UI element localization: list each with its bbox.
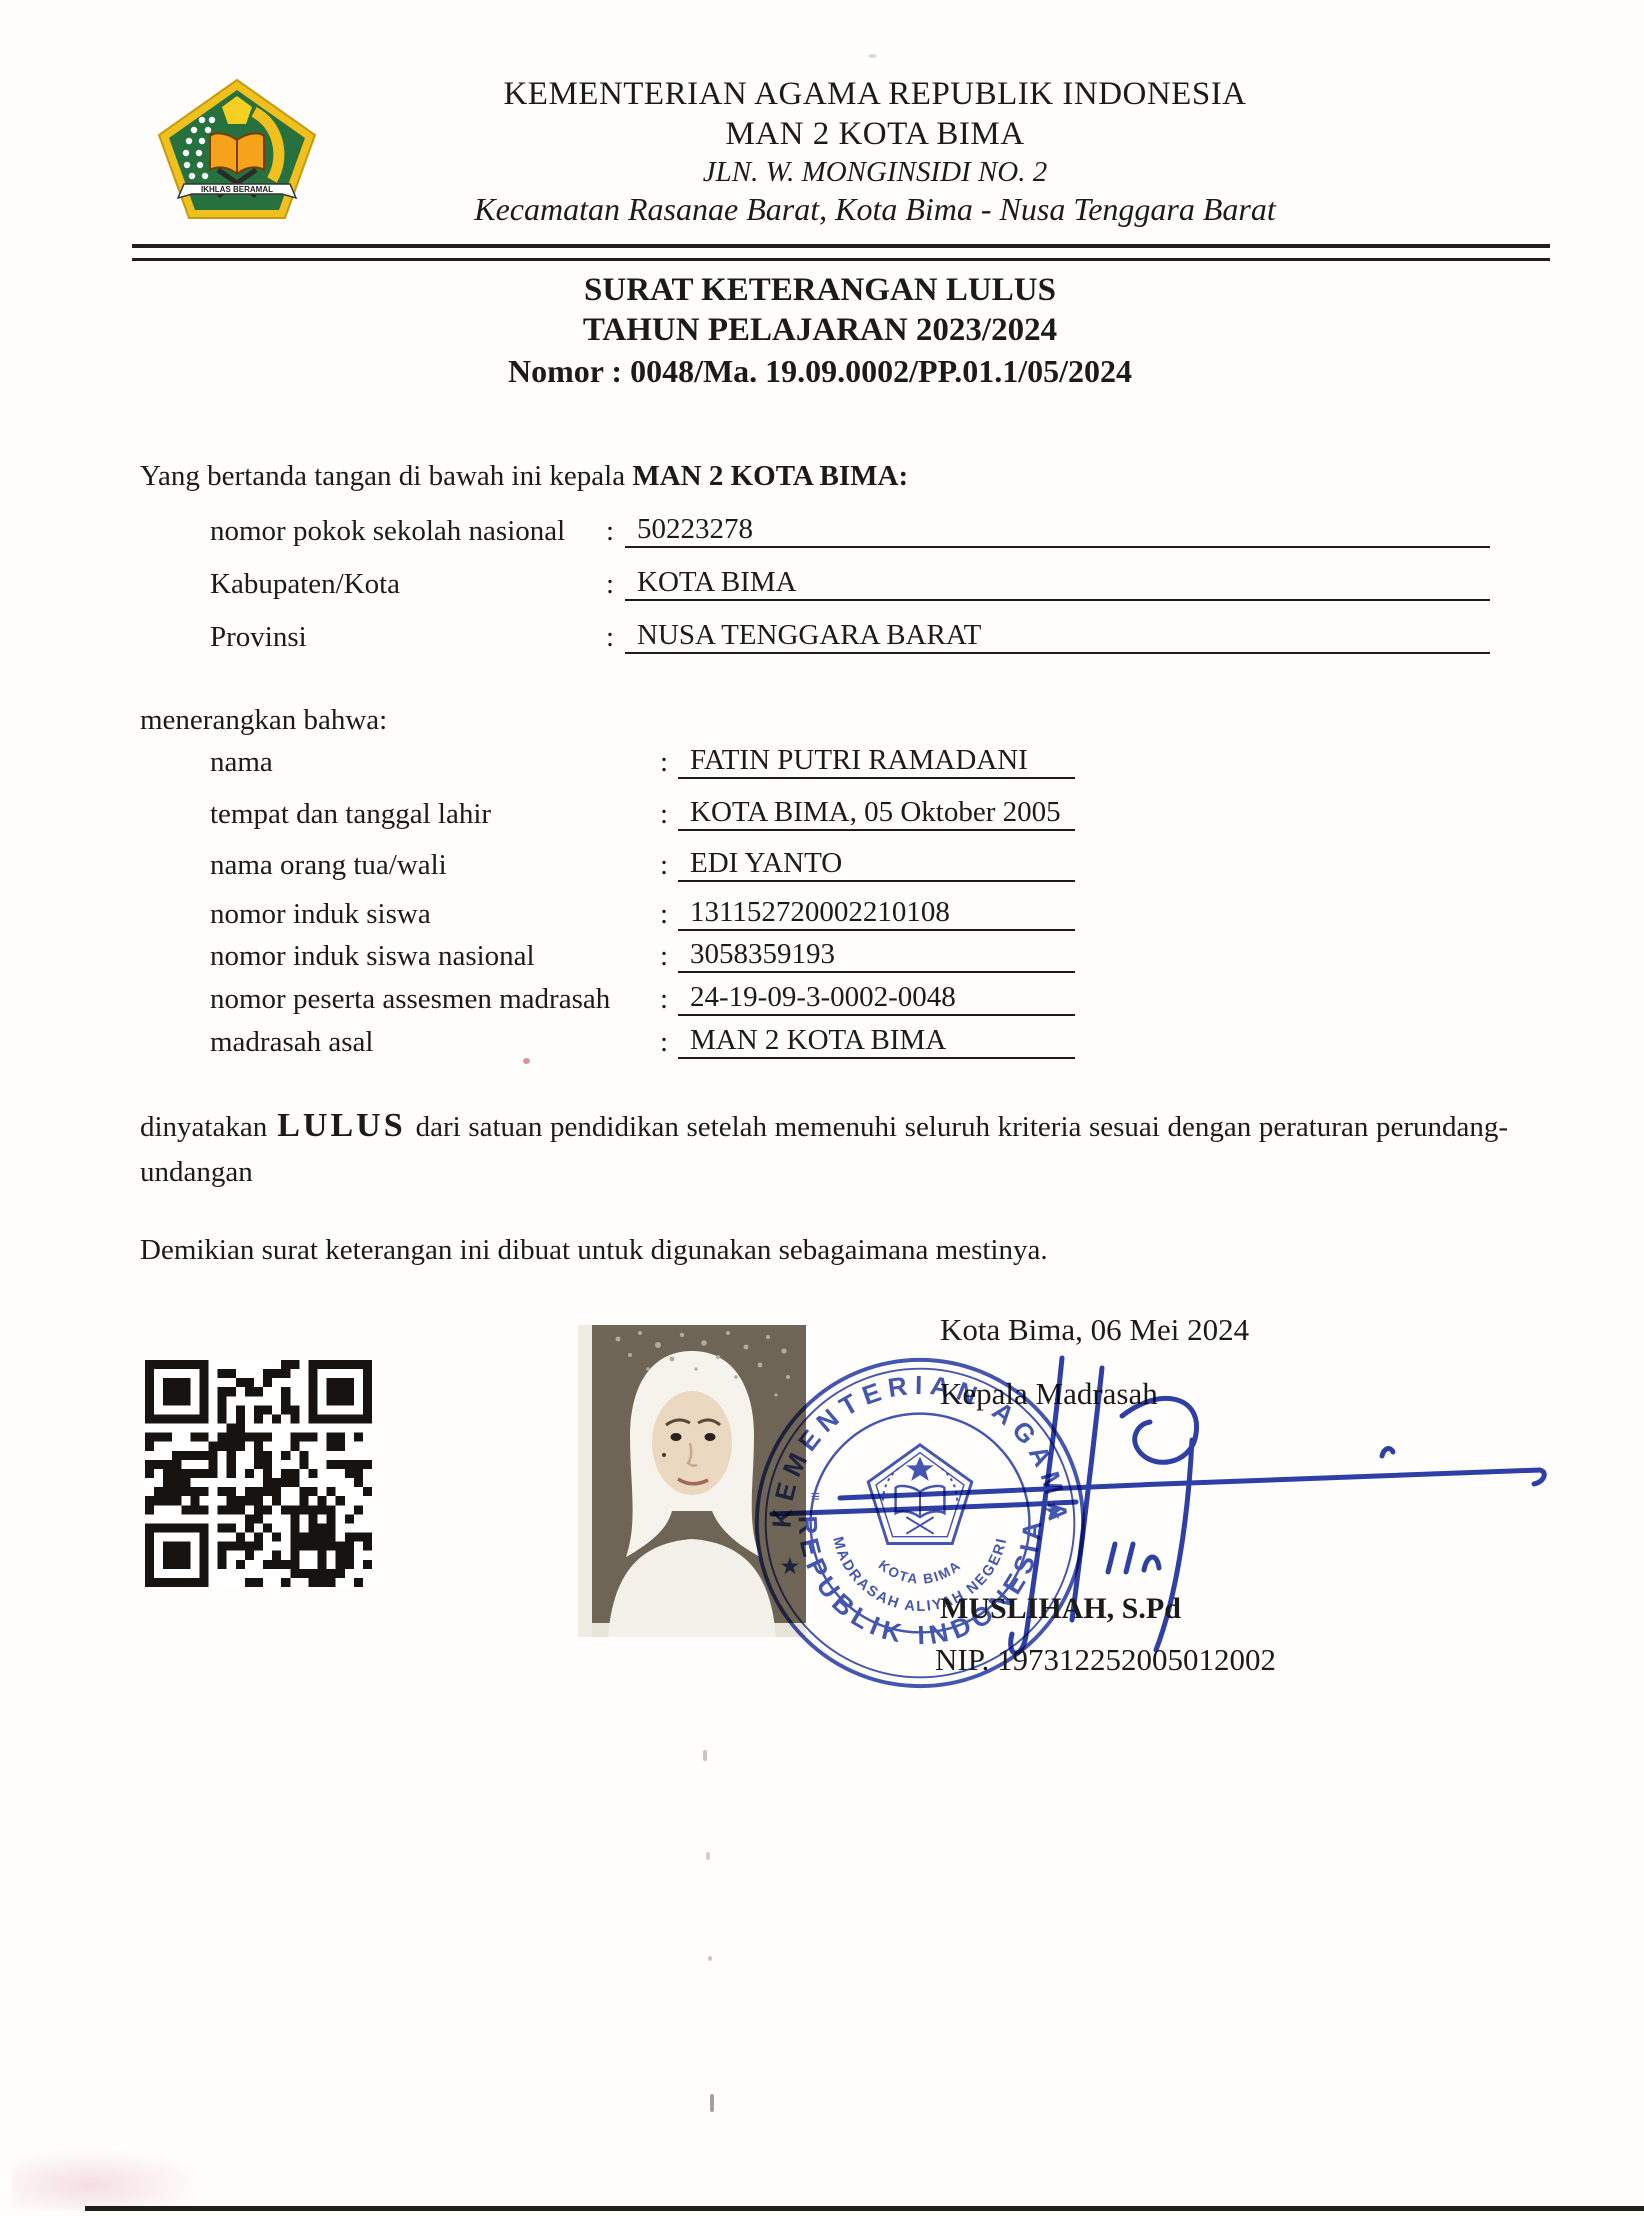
district-address: Kecamatan Rasanae Barat, Kota Bima - Nus… (230, 190, 1520, 229)
opening-prefix: Yang bertanda tangan di bawah ini kepala (140, 460, 632, 492)
opening-school-name: MAN 2 KOTA BIMA (632, 460, 898, 492)
field-colon: : (650, 798, 678, 831)
field-row-asesmen: nomor peserta assesmen madrasah : 24-19-… (210, 976, 1075, 1016)
field-row-provinsi: Provinsi : NUSA TENGGARA BARAT (210, 614, 1490, 654)
signer-nip: NIP. 197312252005012002 (935, 1642, 1276, 1678)
field-colon: : (650, 940, 678, 973)
field-value: FATIN PUTRI RAMADANI (678, 744, 1075, 779)
scan-speck (703, 1750, 707, 1761)
menerangkan-line: menerangkan bahwa: (140, 700, 387, 740)
scan-speck (706, 1852, 710, 1860)
scan-speck (710, 2094, 714, 2112)
field-colon: : (595, 621, 625, 654)
field-colon: : (650, 983, 678, 1016)
school-year: TAHUN PELAJARAN 2023/2024 (140, 310, 1500, 350)
field-value: 50223278 (625, 513, 1490, 548)
declaration-paragraph: dinyatakanLULUSdari satuan pendidikan se… (140, 1103, 1508, 1195)
opening-colon: : (898, 460, 908, 492)
scan-edge-line (85, 2206, 1644, 2211)
field-colon: : (595, 568, 625, 601)
field-label: madrasah asal (210, 1026, 650, 1059)
field-label: tempat dan tanggal lahir (210, 798, 650, 831)
opening-sentence: Yang bertanda tangan di bawah ini kepala… (140, 456, 1540, 496)
field-value: KOTA BIMA (625, 566, 1490, 601)
field-colon: : (650, 746, 678, 779)
signer-name: MUSLIHAH, S.Pd (940, 1592, 1181, 1626)
scan-speck (708, 1956, 712, 1961)
field-row-nisn: nomor induk siswa nasional : 3058359193 (210, 933, 1075, 973)
scan-speck (868, 54, 877, 58)
declaration-lulus: LULUS (267, 1107, 415, 1144)
field-value: KOTA BIMA, 05 Oktober 2005 (678, 796, 1075, 831)
document-title-block: SURAT KETERANGAN LULUS TAHUN PELAJARAN 2… (140, 270, 1500, 392)
field-row-kabupaten: Kabupaten/Kota : KOTA BIMA (210, 561, 1490, 601)
field-row-npsn: nomor pokok sekolah nasional : 50223278 (210, 508, 1490, 548)
field-value: EDI YANTO (678, 847, 1075, 882)
field-colon: : (650, 1026, 678, 1059)
street-address: JLN. W. MONGINSIDI NO. 2 (230, 155, 1520, 190)
qr-code (145, 1360, 372, 1587)
field-row-nis: nomor induk siswa : 131152720002210108 (210, 891, 1075, 931)
field-value: MAN 2 KOTA BIMA (678, 1024, 1075, 1059)
field-value: 24-19-09-3-0002-0048 (678, 981, 1075, 1016)
field-row-ttl: tempat dan tanggal lahir : KOTA BIMA, 05… (210, 791, 1075, 831)
face (652, 1391, 732, 1495)
field-label: nomor induk siswa nasional (210, 940, 650, 973)
field-colon: : (595, 515, 625, 548)
field-label: Provinsi (210, 621, 595, 654)
field-label: Kabupaten/Kota (210, 568, 595, 601)
field-row-wali: nama orang tua/wali : EDI YANTO (210, 842, 1075, 882)
field-row-nama: nama : FATIN PUTRI RAMADANI (210, 739, 1075, 779)
field-label: nomor peserta assesmen madrasah (210, 983, 650, 1016)
field-label: nama orang tua/wali (210, 849, 650, 882)
scan-speck (523, 1058, 530, 1064)
field-label: nomor pokok sekolah nasional (210, 515, 595, 548)
field-colon: : (650, 898, 678, 931)
declaration-pre: dinyatakan (140, 1111, 267, 1143)
field-row-madrasah-asal: madrasah asal : MAN 2 KOTA BIMA (210, 1019, 1075, 1059)
letterhead-divider (132, 244, 1550, 261)
field-value: NUSA TENGGARA BARAT (625, 619, 1490, 654)
surat-keterangan-lulus-document: IKHLAS BERAMAL KEMENTERIAN AGAMA REPUBLI… (0, 0, 1644, 2216)
field-value: 3058359193 (678, 938, 1075, 973)
document-title: SURAT KETERANGAN LULUS (140, 270, 1500, 310)
field-value: 131152720002210108 (678, 896, 1075, 931)
field-label: nomor induk siswa (210, 898, 650, 931)
scan-smudge (12, 2148, 207, 2210)
letterhead: KEMENTERIAN AGAMA REPUBLIK INDONESIA MAN… (230, 74, 1520, 229)
school-name: MAN 2 KOTA BIMA (230, 114, 1520, 154)
document-number: Nomor : 0048/Ma. 19.09.0002/PP.01.1/05/2… (140, 350, 1500, 392)
field-label: nama (210, 746, 650, 779)
ministry-name: KEMENTERIAN AGAMA REPUBLIK INDONESIA (230, 74, 1520, 114)
closing-sentence: Demikian surat keterangan ini dibuat unt… (140, 1230, 1540, 1270)
field-colon: : (650, 849, 678, 882)
